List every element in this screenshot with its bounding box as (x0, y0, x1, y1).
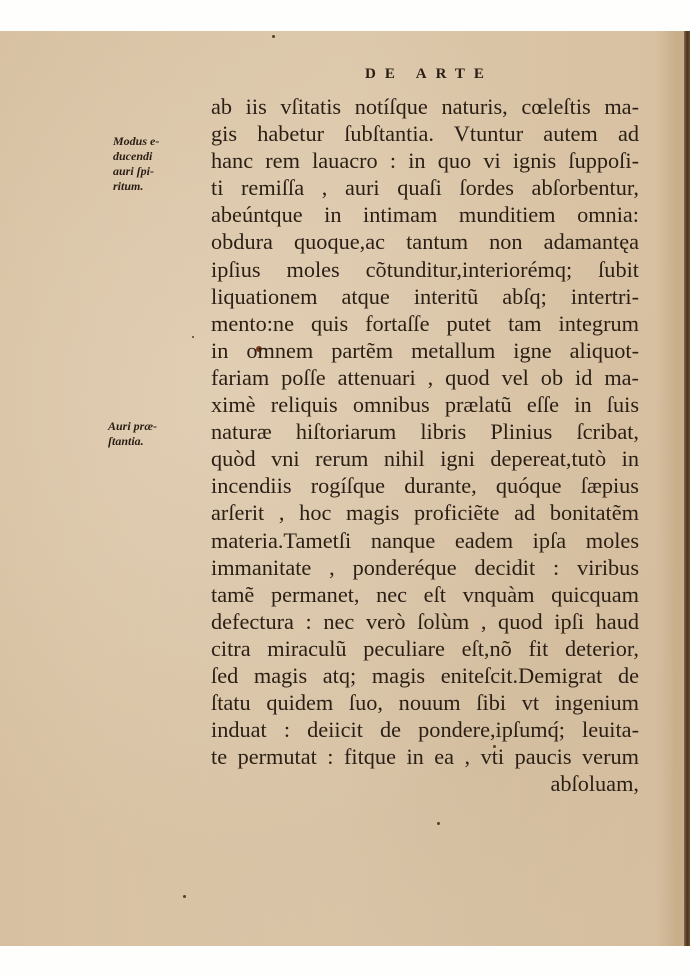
text-line: ſtatu quidem ſuo, nouum ſibi vt ingenium (211, 689, 639, 716)
running-head: DE ARTE (365, 66, 510, 83)
ink-speck (272, 35, 275, 38)
margin-note-line: auri ſpi- (113, 164, 159, 179)
text-line: obdura quoque,ac tantum non adamantęa (211, 228, 639, 255)
margin-note-line: ducendi (113, 149, 159, 164)
text-line: citra miraculũ peculiare eſt,nõ fit dete… (211, 635, 639, 662)
text-line: ximè reliquis omnibus prælatũ eſſe in ſu… (211, 391, 639, 418)
text-line: hanc rem lauacro : in quo vi ignis ſuppo… (211, 147, 639, 174)
page-binding-edge (684, 31, 690, 946)
text-line: incendiis rogíſque durante, quóque ſæpiu… (211, 472, 639, 499)
ink-speck (192, 336, 194, 338)
text-line: ipſius moles cõtunditur,interiorémq; ſub… (211, 256, 639, 283)
ink-speck (183, 895, 186, 898)
text-line: induat : deiicit de pondere,ipſumq́; leu… (211, 716, 639, 743)
text-line: fariam poſſe attenuari , quod vel ob id … (211, 364, 639, 391)
text-line: immanitate , ponderéque decidit : viribu… (211, 554, 639, 581)
text-line: tamẽ permanet, nec eſt vnquàm quicquam (211, 581, 639, 608)
text-line: materia.Tametſi nanque eadem ipſa moles (211, 527, 639, 554)
ink-speck (437, 822, 440, 825)
text-line: liquationem atque interitũ abſq; intertr… (211, 283, 639, 310)
text-line: gis habetur ſubſtantia. Vtuntur autem ad (211, 120, 639, 147)
margin-note-line: Modus e- (113, 134, 159, 149)
text-line: defectura : nec verò ſolùm , quod ipſi h… (211, 608, 639, 635)
text-line: quòd vni rerum nihil igni depereat,tutò … (211, 445, 639, 472)
text-line: mento:ne quis fortaſſe putet tam integru… (211, 310, 639, 337)
text-line: abeúntque in intimam munditiem omnia: (211, 201, 639, 228)
text-line: naturæ hiſtoriarum libris Plinius ſcriba… (211, 418, 639, 445)
margin-note-line: ritum. (113, 179, 159, 194)
margin-note-modus-educendi: Modus e- ducendi auri ſpi- ritum. (113, 134, 159, 194)
margin-note-auri-praestantia: Auri præ- ſtantia. (108, 419, 157, 449)
body-text: ab iis vſitatis notíſque naturis, cœleſt… (211, 93, 639, 797)
text-line: te permutat : fitque in ea , vti paucis … (211, 743, 639, 770)
text-line: arſerit , hoc magis proficiẽte ad bonita… (211, 499, 639, 526)
text-line-catchword: abſoluam, (211, 770, 639, 797)
margin-note-line: ſtantia. (108, 434, 157, 449)
margin-note-line: Auri præ- (108, 419, 157, 434)
text-line: ab iis vſitatis notíſque naturis, cœleſt… (211, 93, 639, 120)
text-line: ti remiſſa , auri quaſi ſordes abſorbent… (211, 174, 639, 201)
text-line: in omnem partẽm metallum igne aliquot- (211, 337, 639, 364)
text-line: ſed magis atq; magis eniteſcit.Demigrat … (211, 662, 639, 689)
